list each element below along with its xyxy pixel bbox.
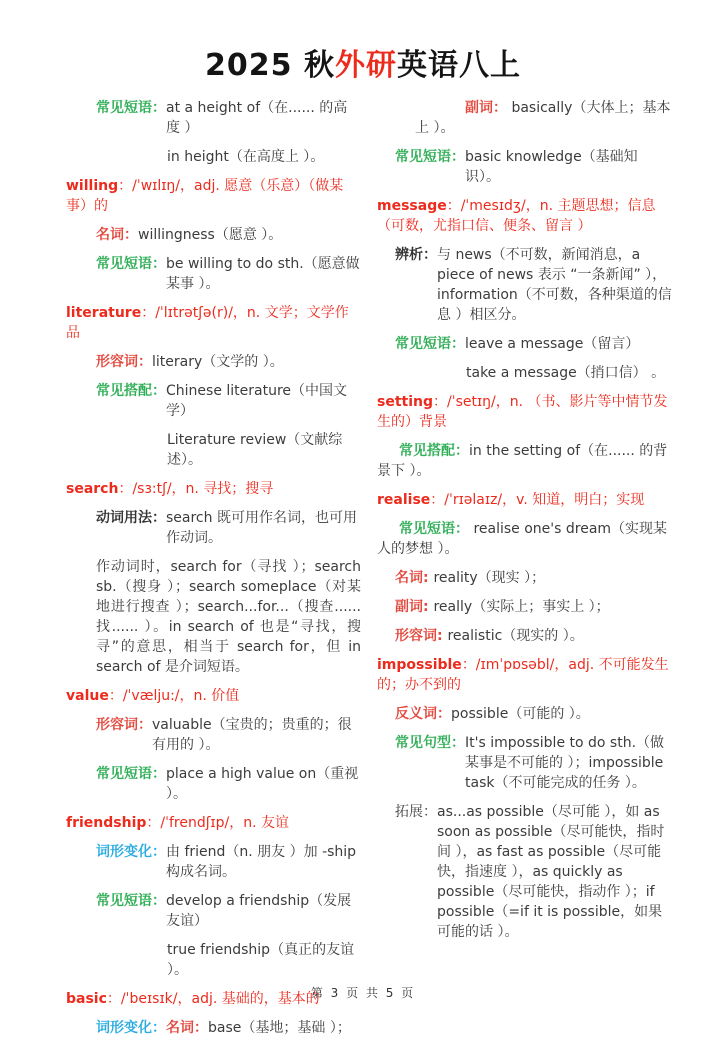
- attribute-line: 常见短语： be willing to do sth.（愿意做某事 ）。: [66, 254, 361, 294]
- attribute-line: 副词： basically（大体上；基本上 ）。: [377, 98, 672, 138]
- label-common-phrases: 常见短语：: [96, 891, 166, 931]
- attribute-line: 反义词： possible（可能的 ）。: [377, 704, 672, 724]
- entry-definition: ：/sɜ:tʃ/，n. 寻找；搜寻: [118, 481, 273, 497]
- headword-friendship: friendship: [66, 815, 146, 831]
- attribute-text: It's impossible to do sth.（做某事是不可能的 ）；im…: [465, 733, 672, 793]
- attribute-line: 常见短语： basic knowledge（基础知识）。: [377, 147, 672, 187]
- label-verb-usage: 动词用法：: [96, 508, 166, 548]
- entry-headword-line: literature：/ˈlɪtrətʃə(r)/，n. 文学；文学作品: [66, 303, 361, 343]
- attribute-line: 词形变化： 由 friend（n. 朋友 ）加 -ship 构成名词。: [66, 842, 361, 882]
- continuation-line: Literature review（文献综述）。: [66, 430, 361, 470]
- headword-message: message: [377, 198, 447, 214]
- label-common-phrases: 常见短语：: [96, 254, 166, 294]
- attribute-text: search 既可用作名词，也可用作动词。: [166, 508, 361, 548]
- label-adjective: 形容词：: [96, 352, 152, 372]
- page-number: 第 3 页 共 5 页: [0, 984, 726, 1001]
- attribute-text: basic knowledge（基础知识）。: [465, 147, 672, 187]
- attribute-line: 常见短语： at a height of（在...... 的高度 ）: [66, 98, 361, 138]
- entry-headword-line: setting：/ˈsetɪŋ/，n. （书、影片等中情节发生的）背景: [377, 392, 672, 432]
- attribute-line: 拓展： as...as possible（尽可能 ），如 as soon as …: [377, 802, 672, 942]
- usage-paragraph: 作动词时，search for（寻找 ）；search sb.（搜身 ）；sea…: [66, 557, 361, 677]
- label-collocation: 常见搭配：: [96, 381, 166, 421]
- attribute-text: place a high value on（重视 ）。: [166, 764, 361, 804]
- attribute-text: as...as possible（尽可能 ），如 as soon as poss…: [437, 802, 672, 942]
- attribute-text: realistic（现实的 ）。: [447, 626, 672, 646]
- hanging-indent-spacer: [96, 940, 167, 980]
- attribute-text: take a message（捎口信） 。: [466, 363, 672, 383]
- attribute-text: develop a friendship（发展友谊）: [166, 891, 361, 931]
- attribute-text: be willing to do sth.（愿意做某事 ）。: [166, 254, 361, 294]
- attribute-line: 常见短语： leave a message（留言）: [377, 334, 672, 354]
- attribute-line: 常见搭配： Chinese literature（中国文学）: [66, 381, 361, 421]
- attribute-text: base（基地；基础 ）；: [208, 1018, 361, 1038]
- label-noun: 名词:: [395, 568, 433, 588]
- attribute-text: true friendship（真正的友谊 ）。: [167, 940, 361, 980]
- continuation-line: true friendship（真正的友谊 ）。: [66, 940, 361, 980]
- continuation-line: take a message（捎口信） 。: [377, 363, 672, 383]
- label-word-formation: 词形变化：: [96, 842, 166, 882]
- label-adverb: 副词：: [465, 100, 507, 116]
- headword-search: search: [66, 481, 118, 497]
- attribute-line: 词形变化： 名词： base（基地；基础 ）；: [66, 1018, 361, 1038]
- entry-headword-line: willing：/ˈwɪlɪŋ/，adj. 愿意（乐意）（做某事）的: [66, 176, 361, 216]
- label-adjective: 形容词:: [395, 626, 447, 646]
- attribute-text: valuable（宝贵的；贵重的；很有用的 ）。: [152, 715, 361, 755]
- label-adjective: 形容词：: [96, 715, 152, 755]
- document-page: 2025 秋外研英语八上 常见短语： at a height of（在.....…: [0, 40, 726, 1047]
- attribute-text: possible（可能的 ）。: [451, 704, 672, 724]
- label-noun: 名词：: [96, 225, 138, 245]
- entry-headword-line: realise：/ˈrɪəlaɪz/，v. 知道，明白；实现: [377, 490, 672, 510]
- label-word-formation: 词形变化：: [96, 1018, 166, 1038]
- attribute-text: 与 news（不可数，新闻消息，a piece of news 表示 “一条新闻…: [437, 245, 672, 325]
- label-collocation: 常见搭配：: [399, 443, 469, 459]
- headword-setting: setting: [377, 394, 433, 410]
- label-common-phrases: 常见短语：: [96, 98, 166, 138]
- headword-value: value: [66, 688, 109, 704]
- hanging-indent-spacer: [96, 147, 167, 167]
- label-common-phrases: 常见短语：: [395, 334, 465, 354]
- entry-definition: ：/ˈvælju:/，n. 价值: [109, 688, 239, 704]
- two-column-layout: 常见短语： at a height of（在...... 的高度 ） in he…: [0, 92, 726, 1047]
- label-discrimination: 辨析：: [395, 245, 437, 325]
- attribute-text: 由 friend（n. 朋友 ）加 -ship 构成名词。: [166, 842, 361, 882]
- entry-headword-line: impossible：/ɪmˈpɒsəbl/，adj. 不可能发生的；办不到的: [377, 655, 672, 695]
- headword-willing: willing: [66, 178, 118, 194]
- right-column: 副词： basically（大体上；基本上 ）。 常见短语： basic kno…: [377, 98, 672, 1047]
- entry-definition: ：/ˈfrendʃɪp/，n. 友谊: [146, 815, 289, 831]
- attribute-line: 形容词： literary（文学的 ）。: [66, 352, 361, 372]
- hanging-indent-spacer: [96, 430, 167, 470]
- entry-headword-line: friendship：/ˈfrendʃɪp/，n. 友谊: [66, 813, 361, 833]
- label-sentence-pattern: 常见句型：: [395, 733, 465, 793]
- attribute-text: Chinese literature（中国文学）: [166, 381, 361, 421]
- entry-definition: ：/ˈrɪəlaɪz/，v. 知道，明白；实现: [430, 492, 644, 508]
- page-title: 2025 秋外研英语八上: [0, 40, 726, 84]
- headword-literature: literature: [66, 305, 141, 321]
- attribute-text: Literature review（文献综述）。: [167, 430, 361, 470]
- entry-headword-line: message：/ˈmesɪdʒ/，n. 主题思想；信息（可数，尤指口信、便条、…: [377, 196, 672, 236]
- label-common-phrases: 常见短语：: [96, 764, 166, 804]
- attribute-text: willingness（愿意 ）。: [138, 225, 361, 245]
- attribute-line: 形容词: realistic（现实的 ）。: [377, 626, 672, 646]
- left-column: 常见短语： at a height of（在...... 的高度 ） in he…: [66, 98, 361, 1047]
- hanging-indent-spacer: [395, 363, 466, 383]
- attribute-line: 副词: really（实际上；事实上 ）；: [377, 597, 672, 617]
- attribute-line: 名词： willingness（愿意 ）。: [66, 225, 361, 245]
- headword-realise: realise: [377, 492, 430, 508]
- title-suffix: 英语八上: [397, 48, 521, 83]
- attribute-text: in height（在高度上 ）。: [167, 147, 361, 167]
- title-prefix: 2025 秋: [205, 48, 335, 83]
- entry-headword-line: search：/sɜ:tʃ/，n. 寻找；搜寻: [66, 479, 361, 499]
- attribute-line: 名词: reality（现实 ）；: [377, 568, 672, 588]
- attribute-line: 辨析： 与 news（不可数，新闻消息，a piece of news 表示 “…: [377, 245, 672, 325]
- title-highlight: 外研: [335, 48, 397, 83]
- attribute-text: at a height of（在...... 的高度 ）: [166, 98, 361, 138]
- attribute-line: 动词用法： search 既可用作名词，也可用作动词。: [66, 508, 361, 548]
- attribute-line: 常见短语： place a high value on（重视 ）。: [66, 764, 361, 804]
- headword-impossible: impossible: [377, 657, 462, 673]
- attribute-text: leave a message（留言）: [465, 334, 672, 354]
- label-common-phrases: 常见短语：: [395, 147, 465, 187]
- attribute-line: 常见句型： It's impossible to do sth.（做某事是不可能…: [377, 733, 672, 793]
- attribute-text: reality（现实 ）；: [433, 568, 672, 588]
- label-common-phrases: 常见短语：: [399, 521, 469, 537]
- label-antonym: 反义词：: [395, 704, 451, 724]
- entry-headword-line: value：/ˈvælju:/，n. 价值: [66, 686, 361, 706]
- label-adverb: 副词:: [395, 597, 433, 617]
- attribute-text: basically（大体上；基本上 ）。: [415, 100, 670, 136]
- label-noun: 名词：: [166, 1018, 208, 1038]
- attribute-line: 常见搭配：in the setting of（在...... 的背景下 ）。: [377, 441, 672, 481]
- attribute-line: 常见短语： develop a friendship（发展友谊）: [66, 891, 361, 931]
- attribute-line: 形容词： valuable（宝贵的；贵重的；很有用的 ）。: [66, 715, 361, 755]
- label-extension: 拓展：: [395, 802, 437, 942]
- continuation-line: in height（在高度上 ）。: [66, 147, 361, 167]
- attribute-text: literary（文学的 ）。: [152, 352, 361, 372]
- attribute-text: really（实际上；事实上 ）；: [433, 597, 672, 617]
- attribute-line: 常见短语： realise one's dream（实现某人的梦想 ）。: [377, 519, 672, 559]
